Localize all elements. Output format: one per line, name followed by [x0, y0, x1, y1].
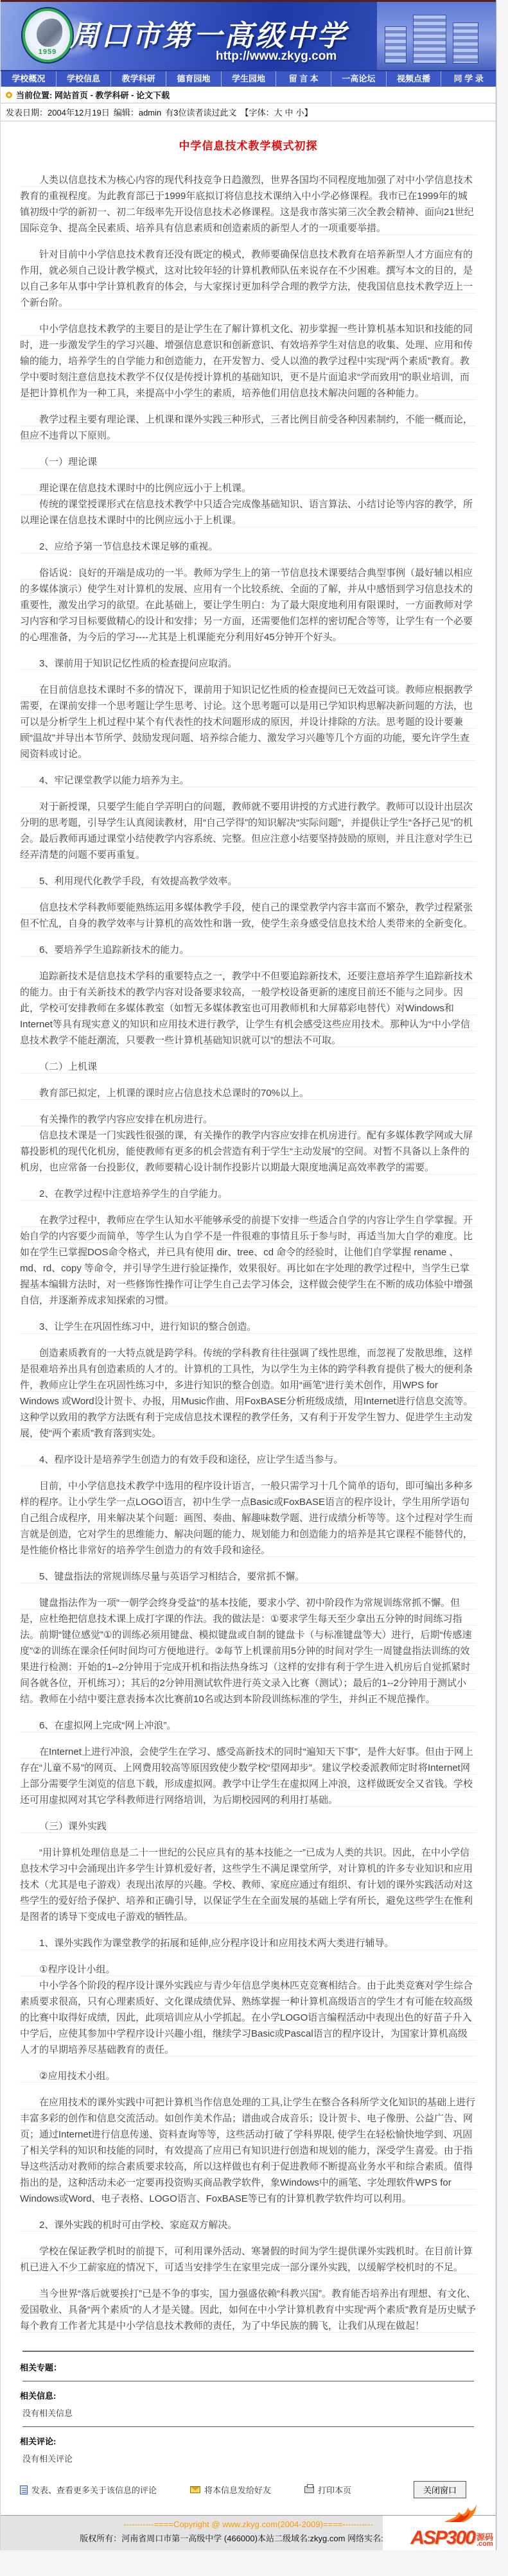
breadcrumb: 当前位置: 网站首页 - 教学科研 - 论文下载 — [1, 87, 496, 103]
asp300-text: ASP300 — [410, 2528, 475, 2548]
school-logo: 1959 — [22, 8, 73, 62]
nav-item[interactable]: 学校概况 — [1, 71, 56, 87]
nav-item[interactable]: 视频点播 — [386, 71, 441, 87]
article-paragraph: 在Internet上进行冲浪，会使学生在学习、感受高新技术的同时“遍知天下事”，… — [20, 1744, 477, 1808]
article-meta: 发表日期：2004年12月19日 编辑：admin 有3位读者读过此文 【字体：… — [1, 103, 496, 121]
action-bar: 发表、查看更多关于该信息的评论 将本信息发给好友 打印本页 关闭窗口 — [20, 2481, 477, 2498]
related-info-label: 相关信息: — [20, 2389, 477, 2401]
nav-item[interactable]: 留 言 本 — [276, 71, 331, 87]
close-window-button[interactable]: 关闭窗口 — [414, 2481, 466, 2498]
article-paragraph: （三）课外实践 — [20, 1818, 477, 1834]
related-topics-label: 相关专题： — [20, 2361, 477, 2373]
article-paragraph: 6、要培养学生追踪新技术的能力。 — [20, 942, 477, 958]
nav-item[interactable]: 一高论坛 — [331, 71, 386, 87]
article-paragraph: “用计算机处理信息是二十一世纪的公民应具有的基本技能之一”已成为人类的共识。因此… — [20, 1845, 477, 1925]
print-page-link[interactable]: 打印本页 — [318, 2484, 351, 2496]
breadcrumb-section-link[interactable]: 教学科研 — [96, 89, 129, 101]
article-paragraph: 追踪新技术是信息技术学科的重要特点之一，教学中不但要追踪新技术，还要注意培养学生… — [20, 968, 477, 1049]
article-paragraph: 对于新授课，只要学生能自学弄明白的问题，教师就不要用讲授的方式进行教学。教师可以… — [20, 799, 477, 863]
breadcrumb-label: 当前位置: — [16, 89, 52, 101]
article-paragraph: 4、牢记课堂教学以能力培养为主。 — [20, 772, 477, 788]
article-paragraph: 当今世界“落后就要挨打”已是不争的事实，国力强盛依赖“科教兴国”。教育能否培养出… — [20, 2286, 477, 2334]
article-paragraph: 人类以信息技术为核心内容的现代科技竞争日趋激烈，世界各国均不同程度地加强了对中小… — [20, 172, 477, 236]
article-paragraph: 1、课外实践作为课堂教学的拓展和延伸,应分程序设计和应用技术两大类进行辅导。 — [20, 1935, 477, 1951]
article-paragraph: 6、在虚拟网上完成“网上冲浪”。 — [20, 1718, 477, 1734]
nav-item[interactable]: 教学科研 — [110, 71, 166, 87]
article-paragraph: ①程序设计小组。 — [20, 1962, 477, 1978]
page: 1959 周口市第一高级中学 http://www.zkyg.com 学校概况学… — [0, 0, 496, 2550]
article-paragraph: 目前，中小学信息技术教学中选用的程序设计语言，一般只需学习十几个简单的语句，即可… — [20, 1478, 477, 1558]
mail-icon — [190, 2486, 200, 2493]
font-size-prefix: 【字体： — [241, 106, 274, 118]
article-paragraph: 创造素质教育的一大特点就是跨学科。传统的学科教育往往强调了线性思维，而忽视了发散… — [20, 1345, 477, 1441]
breadcrumb-page-link[interactable]: 论文下载 — [136, 89, 170, 101]
asp300-watermark-logo[interactable]: ASP300 源码 .com — [383, 2516, 496, 2550]
breadcrumb-home-link[interactable]: 网站首页 — [55, 89, 88, 101]
send-to-friend-link[interactable]: 将本信息发给好友 — [204, 2484, 271, 2496]
site-banner: 1959 周口市第一高级中学 http://www.zkyg.com — [1, 2, 496, 70]
comment-action[interactable]: 发表、查看更多关于该信息的评论 — [20, 2484, 157, 2496]
bullet-ring-icon — [6, 92, 12, 98]
related-comments-value: 没有相关评论 — [22, 2452, 477, 2464]
article-paragraph: （一）理论课 — [20, 454, 477, 470]
font-size-suffix: 】 — [304, 106, 313, 118]
article-paragraph: （二）上机课 — [20, 1059, 477, 1075]
article-paragraph: 3、课前用于知识记忆性质的检查提问应取消。 — [20, 656, 477, 672]
article-paragraph: 中小学信息技术教学的主要目的是让学生在了解计算机文化、初步掌握一些计算机基本知识… — [20, 321, 477, 401]
nav-item[interactable]: 学校信息 — [56, 71, 111, 87]
nav-item[interactable]: 同 学 录 — [441, 71, 496, 87]
print-action[interactable]: 打印本页 — [304, 2484, 351, 2496]
divider — [22, 2426, 474, 2427]
nav-item[interactable]: 德育园地 — [166, 71, 221, 87]
article-paragraph: 理论课在信息技术课时中的比例应远小于上机课。 — [20, 480, 477, 496]
comment-icon — [20, 2485, 28, 2494]
publish-date: 发表日期：2004年12月19日 — [6, 106, 110, 118]
article-paragraph: 2、课外实践的机时可由学校、家庭双方解决。 — [20, 2217, 477, 2233]
comment-link[interactable]: 发表、查看更多关于该信息的评论 — [31, 2484, 157, 2496]
article-body: 人类以信息技术为核心内容的现代科技竞争日趋激烈，世界各国均不同程度地加强了对中小… — [20, 172, 477, 2334]
dotcom-text: .com — [477, 2541, 493, 2548]
article-paragraph: 针对目前中小学信息技术教育还没有既定的模式，教师要确保信息技术教育在培养新型人才… — [20, 247, 477, 311]
related-comments-label: 相关评论: — [20, 2435, 477, 2447]
article-paragraph: 有关操作的教学内容应安排在机房进行。 — [20, 1111, 477, 1127]
article-title: 中学信息技术教学模式初探 — [20, 137, 477, 153]
printer-icon — [304, 2486, 314, 2493]
article: 中学信息技术教学模式初探 人类以信息技术为核心内容的现代科技竞争日趋激烈，世界各… — [1, 121, 496, 2515]
mail-action[interactable]: 将本信息发给好友 — [190, 2484, 271, 2496]
school-name: 周口市第一高级中学 — [70, 12, 372, 54]
article-paragraph: 传统的课堂授课形式在信息技术教学中只适合完成像基础知识、语言算法、小结讨论等内容… — [20, 496, 477, 528]
article-paragraph: 在应用技术的课外实践中可把计算机当作信息处理的工具,让学生在整合各科所学文化知识… — [20, 2094, 477, 2207]
article-paragraph: 学校在保证教学机时的前提下，可利用课外活动、寒暑假的时间为学生提供课外实践机时。… — [20, 2243, 477, 2276]
article-paragraph: 教育部已拟定，上机课的课时应占信息技术总课时的70%以上。 — [20, 1085, 477, 1101]
article-paragraph: 2、应给予第一节信息技术课足够的重视。 — [20, 539, 477, 555]
school-building-photo — [377, 2, 496, 70]
logo-year: 1959 — [39, 48, 57, 60]
article-paragraph: 中小学各个阶段的程序设计课外实践应与青少年信息学奥林匹克竞赛相结合。由于此类竞赛… — [20, 1978, 477, 2058]
article-paragraph: 3、让学生在巩固性练习中，进行知识的整合创造。 — [20, 1319, 477, 1335]
article-paragraph: 信息技术课是一门实践性很强的课，有关操作的教学内容应安排在机房进行。配有多媒体教… — [20, 1127, 477, 1176]
article-paragraph: 教学过程主要有理论课、上机课和课外实践三种形式，三者比例目前受各种因素制约，不能… — [20, 412, 477, 444]
font-size-large-link[interactable]: 大 — [274, 106, 283, 118]
breadcrumb-separator: - — [129, 90, 137, 100]
divider — [22, 2351, 474, 2352]
nav-item[interactable]: 学生园地 — [221, 71, 276, 87]
divider — [22, 2381, 474, 2381]
article-paragraph: 键盘指法作为一项“一朝学会终身受益”的基本技能，要求小学、初中阶段作为常规训练常… — [20, 1595, 477, 1707]
logo-emblem — [37, 19, 62, 47]
flame-icon — [442, 2503, 478, 2525]
site-url-link[interactable]: http://www.zkyg.com — [216, 49, 337, 64]
article-paragraph: 2、在教学过程中注意培养学生的自学能力。 — [20, 1186, 477, 1202]
main-nav: 学校概况学校信息教学科研德育园地学生园地留 言 本一高论坛视频点播同 学 录 — [1, 70, 496, 87]
font-size-small-link[interactable]: 小 — [296, 106, 304, 118]
article-paragraph: 在目前信息技术课时不多的情况下，课前用于知识记忆性质的检查提问已无效益可谈。教师… — [20, 682, 477, 762]
article-paragraph: 5、利用现代化教学手段，有效提高教学效率。 — [20, 873, 477, 889]
article-paragraph: 信息技术学科教师要能熟练运用多媒体教学手段，使自己的课堂教学内容丰富而不繁杂，教… — [20, 900, 477, 932]
reader-count: 有3位读者读过此文 — [165, 106, 236, 118]
article-paragraph: 5、键盘指法的常规训练尽量与英语学习相结合，要常抓不懈。 — [20, 1569, 477, 1585]
article-paragraph: ②应用技术小组。 — [20, 2068, 477, 2084]
font-size-medium-link[interactable]: 中 — [285, 106, 293, 118]
article-paragraph: 俗话说：良好的开端是成功的一半。教师为学生上的第一节信息技术课要结合典型事例（最… — [20, 565, 477, 645]
breadcrumb-separator: - — [88, 90, 96, 100]
article-paragraph: 在教学过程中，教师应在学生认知水平能够承受的前提下安排一些适合自学的内容让学生自… — [20, 1212, 477, 1309]
article-paragraph: 4、程序设计是培养学生创造力的有效手段和途径，应让学生适当参与。 — [20, 1452, 477, 1468]
editor: 编辑：admin — [114, 106, 161, 118]
related-info-value: 没有相关信息 — [22, 2406, 477, 2419]
